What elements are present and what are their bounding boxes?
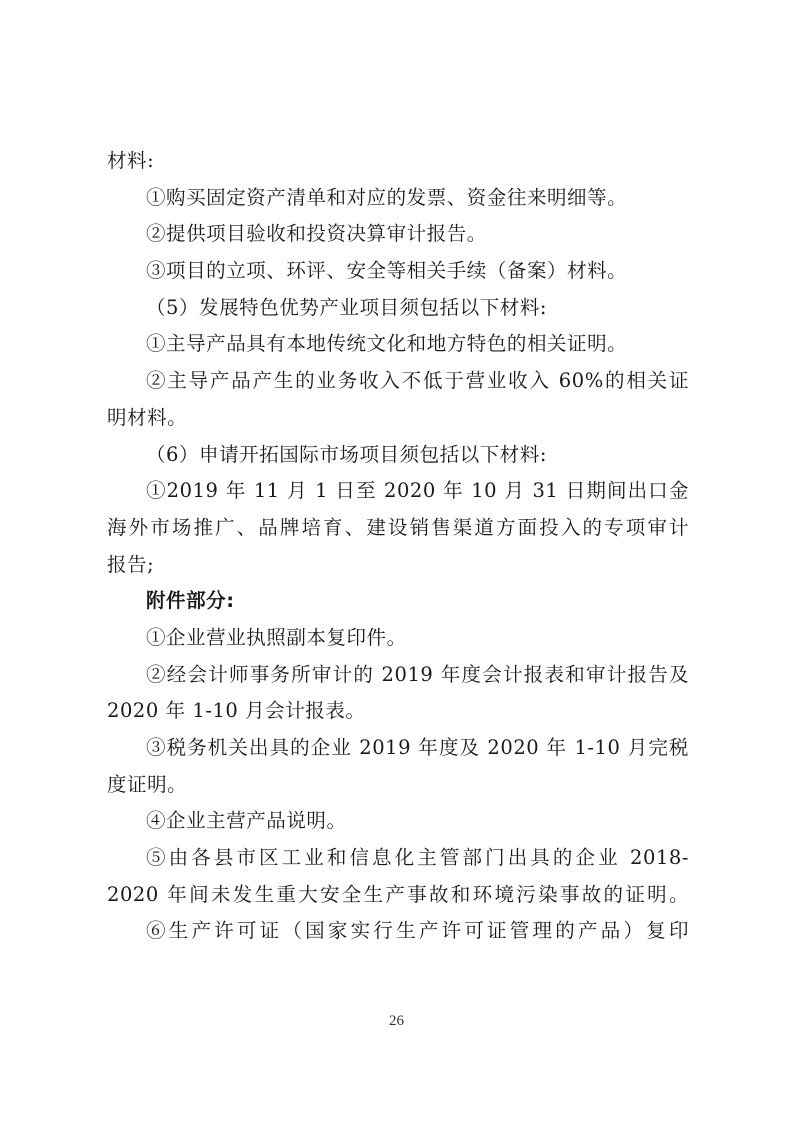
- text-line-continuation-materials: 材料:: [107, 143, 689, 180]
- section-heading-attachments: 附件部分:: [107, 583, 689, 620]
- page-number: 26: [0, 1013, 793, 1030]
- attachment-safety-certificate: ⑤由各县市区工业和信息化主管部门出具的企业 2018-: [107, 840, 689, 877]
- section-heading-6-international-market: （6）申请开拓国际市场项目须包括以下材料:: [107, 437, 689, 474]
- list-item-export-audit-cont-1: 海外市场推广、品牌培育、建设销售渠道方面投入的专项审计: [107, 510, 689, 547]
- attachment-tax-certificate-cont: 度证明。: [107, 767, 689, 804]
- list-item-export-audit-cont-2: 报告;: [107, 547, 689, 584]
- section-heading-5-special-industry: （5）发展特色优势产业项目须包括以下材料:: [107, 290, 689, 327]
- list-item-export-audit: ①2019 年 11 月 1 日至 2020 年 10 月 31 日期间出口金额…: [107, 473, 689, 510]
- attachment-tax-certificate: ③税务机关出具的企业 2019 年度及 2020 年 1-10 月完税额: [107, 730, 689, 767]
- list-item-revenue-60-percent-cont: 明材料。: [107, 400, 689, 437]
- list-item-revenue-60-percent: ②主导产品产生的业务收入不低于营业收入 60%的相关证: [107, 363, 689, 400]
- attachment-production-license: ⑥生产许可证（国家实行生产许可证管理的产品）复印: [107, 913, 689, 950]
- document-page: 材料: ①购买固定资产清单和对应的发票、资金往来明细等。 ②提供项目验收和投资决…: [107, 143, 689, 950]
- attachment-safety-certificate-cont: 2020 年间未发生重大安全生产事故和环境污染事故的证明。: [107, 877, 689, 914]
- list-item-approval-procedures: ③项目的立项、环评、安全等相关手续（备案）材料。: [107, 253, 689, 290]
- list-item-local-culture-proof: ①主导产品具有本地传统文化和地方特色的相关证明。: [107, 326, 689, 363]
- list-item-fixed-assets-invoices: ①购买固定资产清单和对应的发票、资金往来明细等。: [107, 180, 689, 217]
- attachment-financial-statements: ②经会计师事务所审计的 2019 年度会计报表和审计报告及: [107, 657, 689, 694]
- attachment-main-product-description: ④企业主营产品说明。: [107, 803, 689, 840]
- attachment-business-license: ①企业营业执照副本复印件。: [107, 620, 689, 657]
- attachment-financial-statements-cont: 2020 年 1-10 月会计报表。: [107, 693, 689, 730]
- list-item-acceptance-audit: ②提供项目验收和投资决算审计报告。: [107, 216, 689, 253]
